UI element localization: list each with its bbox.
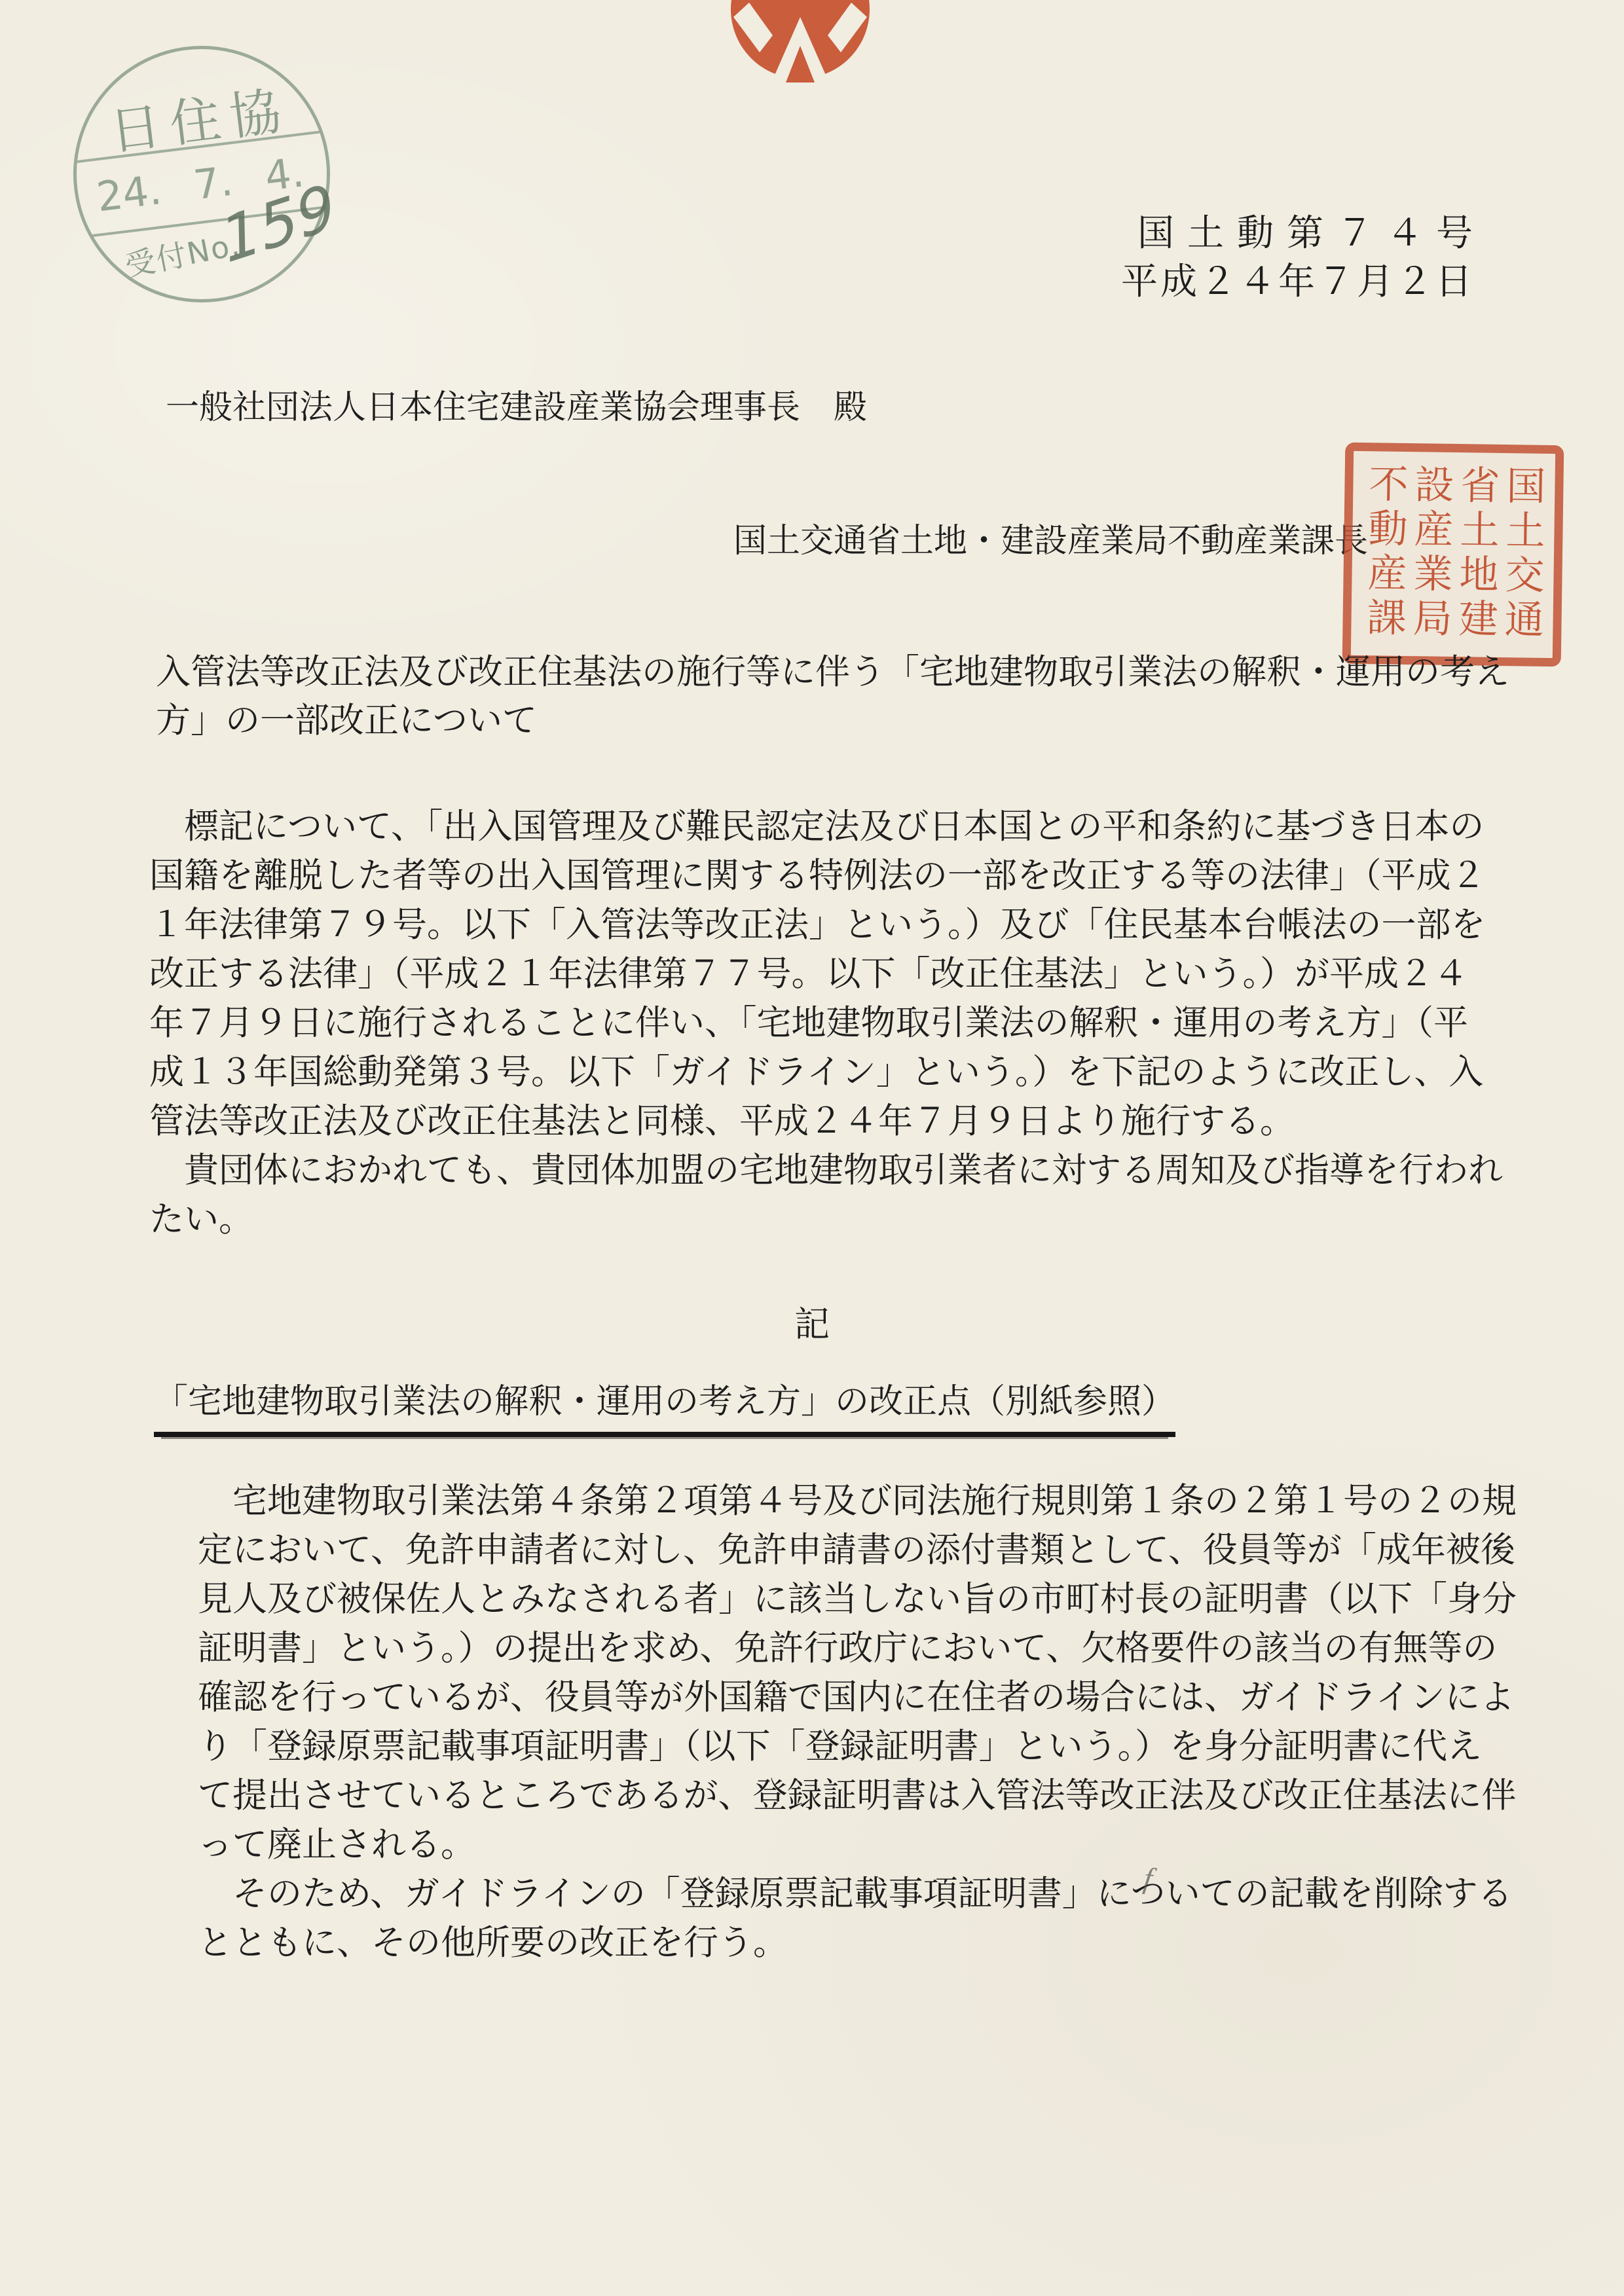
text-line: 成１３年国総動発第３号。以下「ガイドライン」という。）を下記のように改正し、入 xyxy=(149,1048,1503,1097)
text-line: 改正する法律」（平成２１年法律第７７号。以下「改正住基法」という。）が平成２４ xyxy=(149,950,1503,999)
stamp-date-month: 7. xyxy=(191,157,236,210)
section-heading: 「宅地建物取引業法の解釈・運用の考え方」の改正点（別紙参照） xyxy=(154,1374,1175,1437)
doc-date: 平成２４年７月２日 xyxy=(1121,253,1475,305)
doc-number: 国 土 動 第 ７ ４ 号 xyxy=(1137,204,1475,257)
text-line: そのため、ガイドラインの「登録原票記載事項証明書」についての記載を削除する xyxy=(198,1870,1517,1919)
stamp-date-year: 24. xyxy=(94,166,164,221)
text-line: 確認を行っているが、役員等が外国籍で国内に在住者の場合には、ガイドラインによ xyxy=(198,1673,1517,1722)
text-line: 入管法等改正法及び改正住基法の施行等に伴う「宅地建物取引業法の解釈・運用の考え xyxy=(156,648,1509,697)
text-line: 年７月９日に施行されることに伴い、「宅地建物取引業法の解釈・運用の考え方」（平 xyxy=(149,999,1503,1048)
text-line: って廃止される。 xyxy=(198,1821,1517,1870)
scanned-document-page: 日住協 24. 7. 4. 受付No. 159 国 土 動 第 ７ ４ 号 平成… xyxy=(0,0,1624,2296)
official-seal-text: 国土交通省土地建設産業局不動産課 xyxy=(1360,463,1546,646)
text-line: 標記について、「出入国管理及び難民認定法及び日本国との平和条約に基づき日本の xyxy=(149,803,1503,852)
official-seal: 国土交通省土地建設産業局不動産課 xyxy=(1342,443,1564,667)
ki-notation: 記 xyxy=(0,1296,1624,1347)
body-paragraph-2: 宅地建物取引業法第４条第２項第４号及び同法施行規則第１条の２第１号の２の規定にお… xyxy=(198,1477,1517,1968)
reception-stamp: 日住協 24. 7. 4. 受付No. xyxy=(59,31,345,318)
text-line: 見人及び被保佐人とみなされる者」に該当しない旨の市町村長の証明書（以下「身分 xyxy=(198,1575,1517,1624)
text-line: 方」の一部改正について xyxy=(156,697,1509,745)
body-paragraph-1: 標記について、「出入国管理及び難民認定法及び日本国との平和条約に基づき日本の国籍… xyxy=(149,803,1503,1245)
text-line: り「登録原票記載事項証明書」（以下「登録証明書」という。）を身分証明書に代え xyxy=(198,1722,1517,1772)
text-line: 証明書」という。）の提出を求め、免許行政庁において、欠格要件の該当の有無等の xyxy=(198,1624,1517,1673)
text-line: 定において、免許申請者に対し、免許申請書の添付書類として、役員等が「成年被後 xyxy=(198,1526,1517,1575)
text-line: 貴団体におかれても、貴団体加盟の宅地建物取引業者に対する周知及び指導を行われ xyxy=(149,1146,1503,1195)
subject-block: 入管法等改正法及び改正住基法の施行等に伴う「宅地建物取引業法の解釈・運用の考え方… xyxy=(156,648,1509,745)
text-line: とともに、その他所要の改正を行う。 xyxy=(198,1919,1517,1968)
text-line: 国籍を離脱した者等の出入国管理に関する特例法の一部を改正する等の法律」（平成２ xyxy=(149,852,1503,901)
sender-line: 国土交通省土地・建設産業局不動産業課長 xyxy=(733,513,1368,562)
text-line: たい。 xyxy=(149,1195,1503,1245)
text-line: て提出させているところであるが、登録証明書は入管法等改正法及び改正住基法に伴 xyxy=(198,1772,1517,1821)
association-logo-stamp xyxy=(731,0,870,82)
text-line: １年法律第７９号。以下「入管法等改正法」という。）及び「住民基本台帳法の一部を xyxy=(149,901,1503,950)
text-line: 管法等改正法及び改正住基法と同様、平成２４年７月９日より施行する。 xyxy=(149,1097,1503,1146)
text-line: 宅地建物取引業法第４条第２項第４号及び同法施行規則第１条の２第１号の２の規 xyxy=(198,1477,1517,1526)
addressee-line: 一般社団法人日本住宅建設産業協会理事長 殿 xyxy=(166,380,867,428)
